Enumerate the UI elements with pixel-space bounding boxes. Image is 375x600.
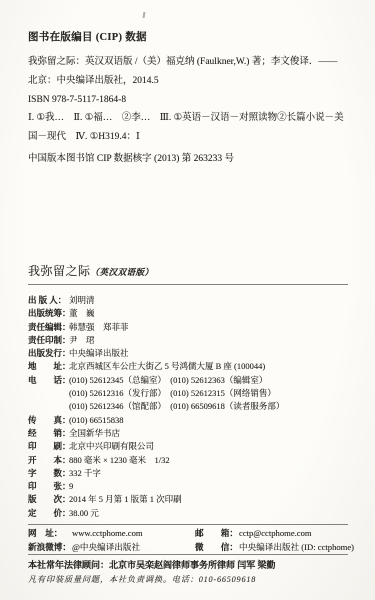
- contact-block: 网 址：www.cctphome.com 邮 箱：cctp@cctphome.c…: [28, 527, 350, 554]
- book-colophon-page: 图书在版编目 (CIP) 数据 我弥留之际：英汉双语版 /（美）福克纳 (Fau…: [0, 0, 375, 600]
- colophon-row-phone-2: (010) 52612316（发行部） (010) 52612315（网络销售）: [28, 387, 350, 400]
- cip-heading: 图书在版编目 (CIP) 数据: [28, 29, 350, 44]
- colophon-value: 北京西城区车公庄大街乙 5 号鸿儒大厦 B 座 (100044): [69, 360, 350, 373]
- cip-description-line-2: 北京：中央编译出版社，2014.5: [28, 72, 350, 91]
- book-title-row: 我弥留之际（英汉双语版）: [28, 262, 154, 280]
- colophon-label: 印 刷：: [28, 440, 69, 453]
- colophon-label: [28, 400, 69, 413]
- colophon-label: 定 价：: [28, 507, 69, 520]
- colophon-row-price: 定 价：38.00 元: [28, 507, 350, 520]
- colophon-row-distribution: 经 销：全国新华书店: [28, 427, 350, 440]
- colophon-label: 传 真：: [28, 414, 69, 427]
- colophon-value: (010) 52612345（总编室） (010) 52612363（编辑室）: [69, 374, 350, 387]
- contact-row-weibo-wechat: 新浪微博：@中央编译出版社 微 信：中央编译出版社 (ID: cctphome): [28, 541, 350, 555]
- weibo-value: @中央编译出版社: [72, 541, 195, 555]
- colophon-value: 中央编译出版社: [69, 347, 350, 360]
- colophon-row-editors: 责任编辑：韩慧强 郑菲菲: [28, 321, 350, 334]
- legal-counsel-line: 本社常年法律顾问：北京市吴栾赵阎律师事务所律师 闫军 梁勤: [28, 558, 276, 571]
- wechat-label: 微 信：: [195, 541, 239, 555]
- colophon-value: 880 毫米 × 1230 毫米 1/32: [69, 454, 350, 467]
- contact-row-web-email: 网 址：www.cctphome.com 邮 箱：cctp@cctphome.c…: [28, 527, 350, 541]
- cip-classification-line-2: 国－现代 Ⅳ. ①H319.4：Ⅰ: [28, 128, 350, 147]
- colophon-value: (010) 66515838: [69, 414, 350, 427]
- colophon-label: 出版发行：: [28, 347, 69, 360]
- colophon-row-word-count: 字 数：332 千字: [28, 467, 350, 480]
- colophon-row-phone-3: (010) 52612346（馆配部） (010) 66509618（读者服务部…: [28, 400, 350, 413]
- colophon-value: 2014 年 5 月第 1 版第 1 次印刷: [69, 493, 350, 506]
- colophon-label: 开 本：: [28, 454, 69, 467]
- colophon-value: 全国新华书店: [69, 427, 350, 440]
- weibo-label: 新浪微博：: [28, 541, 72, 555]
- website-label: 网 址：: [28, 527, 72, 541]
- colophon-value: (010) 52612346（馆配部） (010) 66509618（读者服务部…: [69, 400, 350, 413]
- colophon-row-format: 开 本：880 毫米 × 1230 毫米 1/32: [28, 454, 350, 467]
- cip-description-line-1: 我弥留之际：英汉双语版 /（美）福克纳 (Faulkner,W.) 著；李文俊译…: [28, 53, 350, 72]
- colophon-label: 出 版 人：: [28, 294, 69, 307]
- colophon-label: 责任印制：: [28, 334, 69, 347]
- colophon-label: 电 话：: [28, 374, 69, 387]
- colophon-row-publisher-person: 出 版 人：刘明清: [28, 294, 350, 307]
- scan-artifact: [143, 12, 146, 18]
- colophon-value: (010) 52612316（发行部） (010) 52612315（网络销售）: [69, 387, 350, 400]
- cip-classification-line-1: Ⅰ. ①我… Ⅱ. ①福… ②李… Ⅲ. ①英语－汉语－对照读物②长篇小说－美: [28, 109, 350, 128]
- colophon-label: [28, 387, 69, 400]
- colophon-value: 9: [69, 480, 350, 493]
- colophon-label: 责任编辑：: [28, 321, 69, 334]
- colophon-value: 尹 珺: [69, 334, 350, 347]
- colophon-row-print-supervisor: 责任印制：尹 珺: [28, 334, 350, 347]
- colophon-row-printer: 印 刷：北京中兴印刷有限公司: [28, 440, 350, 453]
- cip-isbn: ISBN 978-7-5117-1864-8: [28, 91, 350, 110]
- colophon-value: 38.00 元: [69, 507, 350, 520]
- colophon-row-edition: 版 次：2014 年 5 月第 1 版第 1 次印刷: [28, 493, 350, 506]
- colophon-value: 董 巍: [69, 307, 350, 320]
- book-edition-note: （英汉双语版）: [91, 267, 154, 277]
- colophon-row-publisher: 出版发行：中央编译出版社: [28, 347, 350, 360]
- colophon-row-fax: 传 真：(010) 66515838: [28, 414, 350, 427]
- colophon-block: 出 版 人：刘明清 出版统筹：董 巍 责任编辑：韩慧强 郑菲菲 责任印制：尹 珺…: [28, 294, 350, 520]
- colophon-label: 出版统筹：: [28, 307, 69, 320]
- colophon-label: 版 次：: [28, 493, 69, 506]
- cip-block: 图书在版编目 (CIP) 数据 我弥留之际：英汉双语版 /（美）福克纳 (Fau…: [28, 29, 350, 169]
- title-divider: [28, 284, 348, 285]
- colophon-label: 印 张：: [28, 480, 69, 493]
- colophon-row-phone-1: 电 话：(010) 52612345（总编室） (010) 52612363（编…: [28, 374, 350, 387]
- colophon-value: 刘明清: [69, 294, 350, 307]
- colophon-row-address: 地 址：北京西城区车公庄大街乙 5 号鸿儒大厦 B 座 (100044): [28, 360, 350, 373]
- cip-registry-number: 中国版本图书馆 CIP 数据核字 (2013) 第 263233 号: [28, 150, 350, 169]
- email-label: 邮 箱：: [195, 527, 239, 541]
- email-value: cctp@cctphome.com: [239, 527, 312, 541]
- contact-divider-bottom: [28, 554, 348, 555]
- colophon-row-sheets: 印 张：9: [28, 480, 350, 493]
- colophon-value: 韩慧强 郑菲菲: [69, 321, 350, 334]
- colophon-label: 地 址：: [28, 360, 69, 373]
- colophon-value: 北京中兴印刷有限公司: [69, 440, 350, 453]
- colophon-row-planning: 出版统筹：董 巍: [28, 307, 350, 320]
- wechat-value: 中央编译出版社 (ID: cctphome): [239, 541, 354, 555]
- contact-divider-top: [28, 524, 348, 525]
- book-title: 我弥留之际: [28, 264, 91, 278]
- colophon-value: 332 千字: [69, 467, 350, 480]
- website-value: www.cctphome.com: [72, 527, 195, 541]
- quality-note: 凡有印装质量问题，本社负责调换。电话：010-66509618: [28, 574, 256, 585]
- colophon-label: 字 数：: [28, 467, 69, 480]
- colophon-label: 经 销：: [28, 427, 69, 440]
